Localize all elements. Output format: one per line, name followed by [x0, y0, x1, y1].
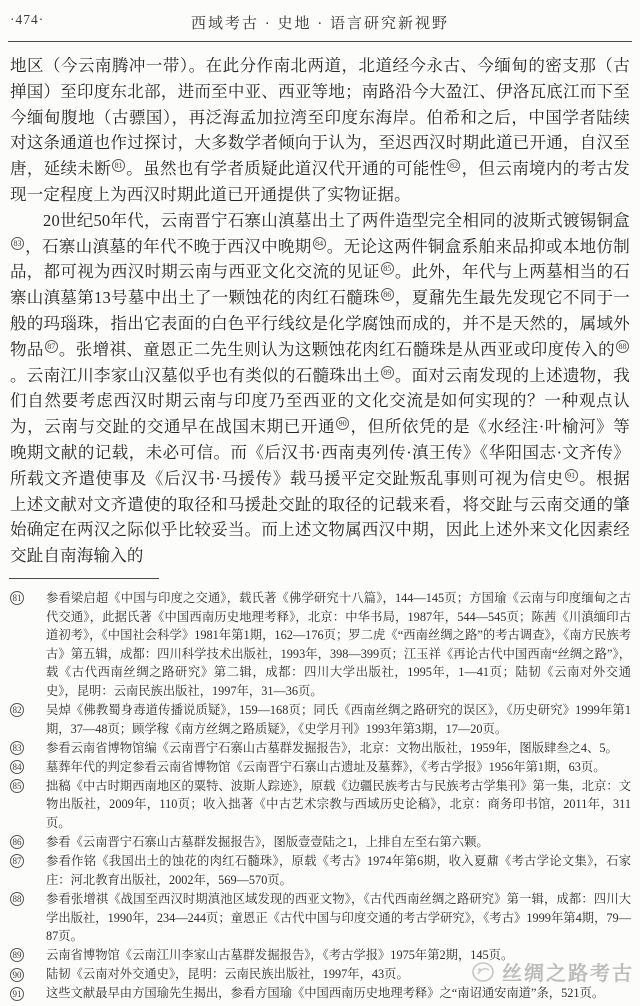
footnote-item: 81参看梁启超《中国与印度之交通》，载氏著《佛学研究十八篇》，144—145页；… — [10, 589, 631, 701]
running-title: 西域考古 · 史地 · 语言研究新视野 — [0, 12, 640, 33]
footnote-number: 83 — [10, 741, 24, 755]
footnote-number: 86 — [10, 835, 24, 849]
footnote-ref: 88 — [616, 340, 629, 353]
footnote-item: 83参看云南省博物馆编《云南晋宁石寨山古墓群发掘报告》，北京：文物出版社，195… — [10, 739, 631, 758]
footnote-number: 82 — [10, 703, 24, 717]
footnote-ref: 84 — [313, 237, 326, 250]
footnote-ref: 90 — [336, 417, 349, 430]
footnote-text: 陆韧《云南对外交通史》，昆明：云南民族出版社，1997年，43页。 — [46, 967, 409, 981]
footnote-separator — [9, 578, 159, 579]
page-header: ·474· 西域考古 · 史地 · 语言研究新视野 — [0, 0, 640, 36]
footnote-text: 墓葬年代的判定参看云南省博物馆《云南晋宁石寨山古遗址及墓葬》，《考古学报》195… — [46, 760, 606, 774]
footnote-number: 91 — [10, 987, 24, 1001]
footnote-text: 这些文献最早由方国瑜先生揭出，参看方国瑜《中国西南历史地理考释》之“南诏通安南道… — [46, 986, 604, 1000]
footnote-item: 87参看作铭《我国出土的蚀花的肉红石髓珠》，原载《考古》1974年第6期，收入夏… — [10, 852, 631, 889]
footnote-item: 90陆韧《云南对外交通史》，昆明：云南民族出版社，1997年，43页。 — [10, 965, 631, 984]
footnote-text: 参看《云南晋宁石寨山古墓群发掘报告》，图版壹壹陆之1，上排自左至右第六颗。 — [46, 835, 489, 849]
footnote-number: 85 — [10, 779, 24, 793]
footnote-text: 拙稿《中古时期西南地区的粟特、波斯人踪迹》，原载《边疆民族考古与民族考古学集刊》… — [46, 779, 631, 830]
footnote-ref: 91 — [565, 469, 578, 482]
body-text-segment: ，石寨山滇墓的年代不晚于西汉中晚期 — [25, 237, 312, 256]
book-page: ·474· 西域考古 · 史地 · 语言研究新视野 地区（今云南腾冲一带）。在此… — [0, 0, 640, 1006]
footnote-number: 81 — [10, 591, 24, 605]
page-number: ·474· — [10, 12, 44, 28]
body-text: 地区（今云南腾冲一带）。在此分作南北两道，北道经今永古、今缅甸的密支那（古掸国）… — [0, 42, 640, 569]
footnote-number: 87 — [10, 854, 24, 868]
footnote-item: 84墓葬年代的判定参看云南省博物馆《云南晋宁石寨山古遗址及墓葬》，《考古学报》1… — [10, 758, 631, 777]
footnote-number: 84 — [10, 760, 24, 774]
footnote-ref: 82 — [447, 159, 460, 172]
footnote-number: 88 — [10, 892, 24, 906]
footnote-item: 88参看张增祺《战国至西汉时期滇池区域发现的西亚文物》，《古代西南丝绸之路研究》… — [10, 890, 631, 946]
footnote-ref: 83 — [11, 237, 24, 250]
footnote-ref: 86 — [381, 288, 394, 301]
footnote-item: 91这些文献最早由方国瑜先生揭出，参看方国瑜《中国西南历史地理考释》之“南诏通安… — [10, 984, 631, 1003]
body-text-segment: 20世纪50年代，云南晋宁石寨山滇墓出土了两件造型完全相同的波斯式镀锡铜盒 — [43, 211, 630, 230]
footnote-text: 云南省博物馆《云南江川李家山古墓群发掘报告》，《考古学报》1975年第2期，14… — [46, 948, 513, 962]
footnote-item: 86参看《云南晋宁石寨山古墓群发掘报告》，图版壹壹陆之1，上排自左至右第六颗。 — [10, 833, 631, 852]
footnotes: 81参看梁启超《中国与印度之交通》，载氏著《佛学研究十八篇》，144—145页；… — [0, 589, 640, 1003]
body-text-segment: 。虽然也有学者质疑此道汉代开通的可能性 — [126, 159, 446, 178]
footnote-text: 参看作铭《我国出土的蚀花的肉红石髓珠》，原载《考古》1974年第6期，收入夏鼐《… — [46, 854, 631, 887]
paragraph: 20世纪50年代，云南晋宁石寨山滇墓出土了两件造型完全相同的波斯式镀锡铜盒83，… — [10, 208, 630, 569]
footnote-text: 参看云南省博物馆编《云南晋宁石寨山古墓群发掘报告》，北京：文物出版社，1959年… — [46, 741, 618, 755]
footnote-text: 吴焯《佛教蜀身毒道传播说质疑》，159—168页；同氏《西南丝绸之路研究的误区》… — [46, 703, 631, 736]
footnote-item: 89云南省博物馆《云南江川李家山古墓群发掘报告》，《考古学报》1975年第2期，… — [10, 946, 631, 965]
footnote-text: 参看张增祺《战国至西汉时期滇池区域发现的西亚文物》，《古代西南丝绸之路研究》第一… — [46, 892, 631, 943]
footnote-item: 82吴焯《佛教蜀身毒道传播说质疑》，159—168页；同氏《西南丝绸之路研究的误… — [10, 701, 631, 738]
footnote-item: 85拙稿《中古时期西南地区的粟特、波斯人踪迹》，原载《边疆民族考古与民族考古学集… — [10, 777, 631, 833]
footnote-ref: 87 — [45, 340, 58, 353]
footnote-number: 89 — [10, 948, 24, 962]
footnote-text: 参看梁启超《中国与印度之交通》，载氏著《佛学研究十八篇》，144—145页；方国… — [46, 591, 631, 698]
body-text-segment: 。张增祺、童恩正二先生则认为这颗蚀花肉红石髓珠是从西亚或印度传入的 — [59, 340, 615, 359]
footnote-ref: 85 — [381, 262, 394, 275]
paragraph: 地区（今云南腾冲一带）。在此分作南北两道，北道经今永古、今缅甸的密支那（古掸国）… — [10, 53, 630, 208]
footnote-ref: 81 — [112, 159, 125, 172]
footnote-number: 90 — [10, 968, 24, 982]
body-text-segment: 。云南江川李家山汉墓似乎也有类似的石髓珠出土 — [10, 366, 380, 385]
footnote-ref: 89 — [381, 366, 394, 379]
